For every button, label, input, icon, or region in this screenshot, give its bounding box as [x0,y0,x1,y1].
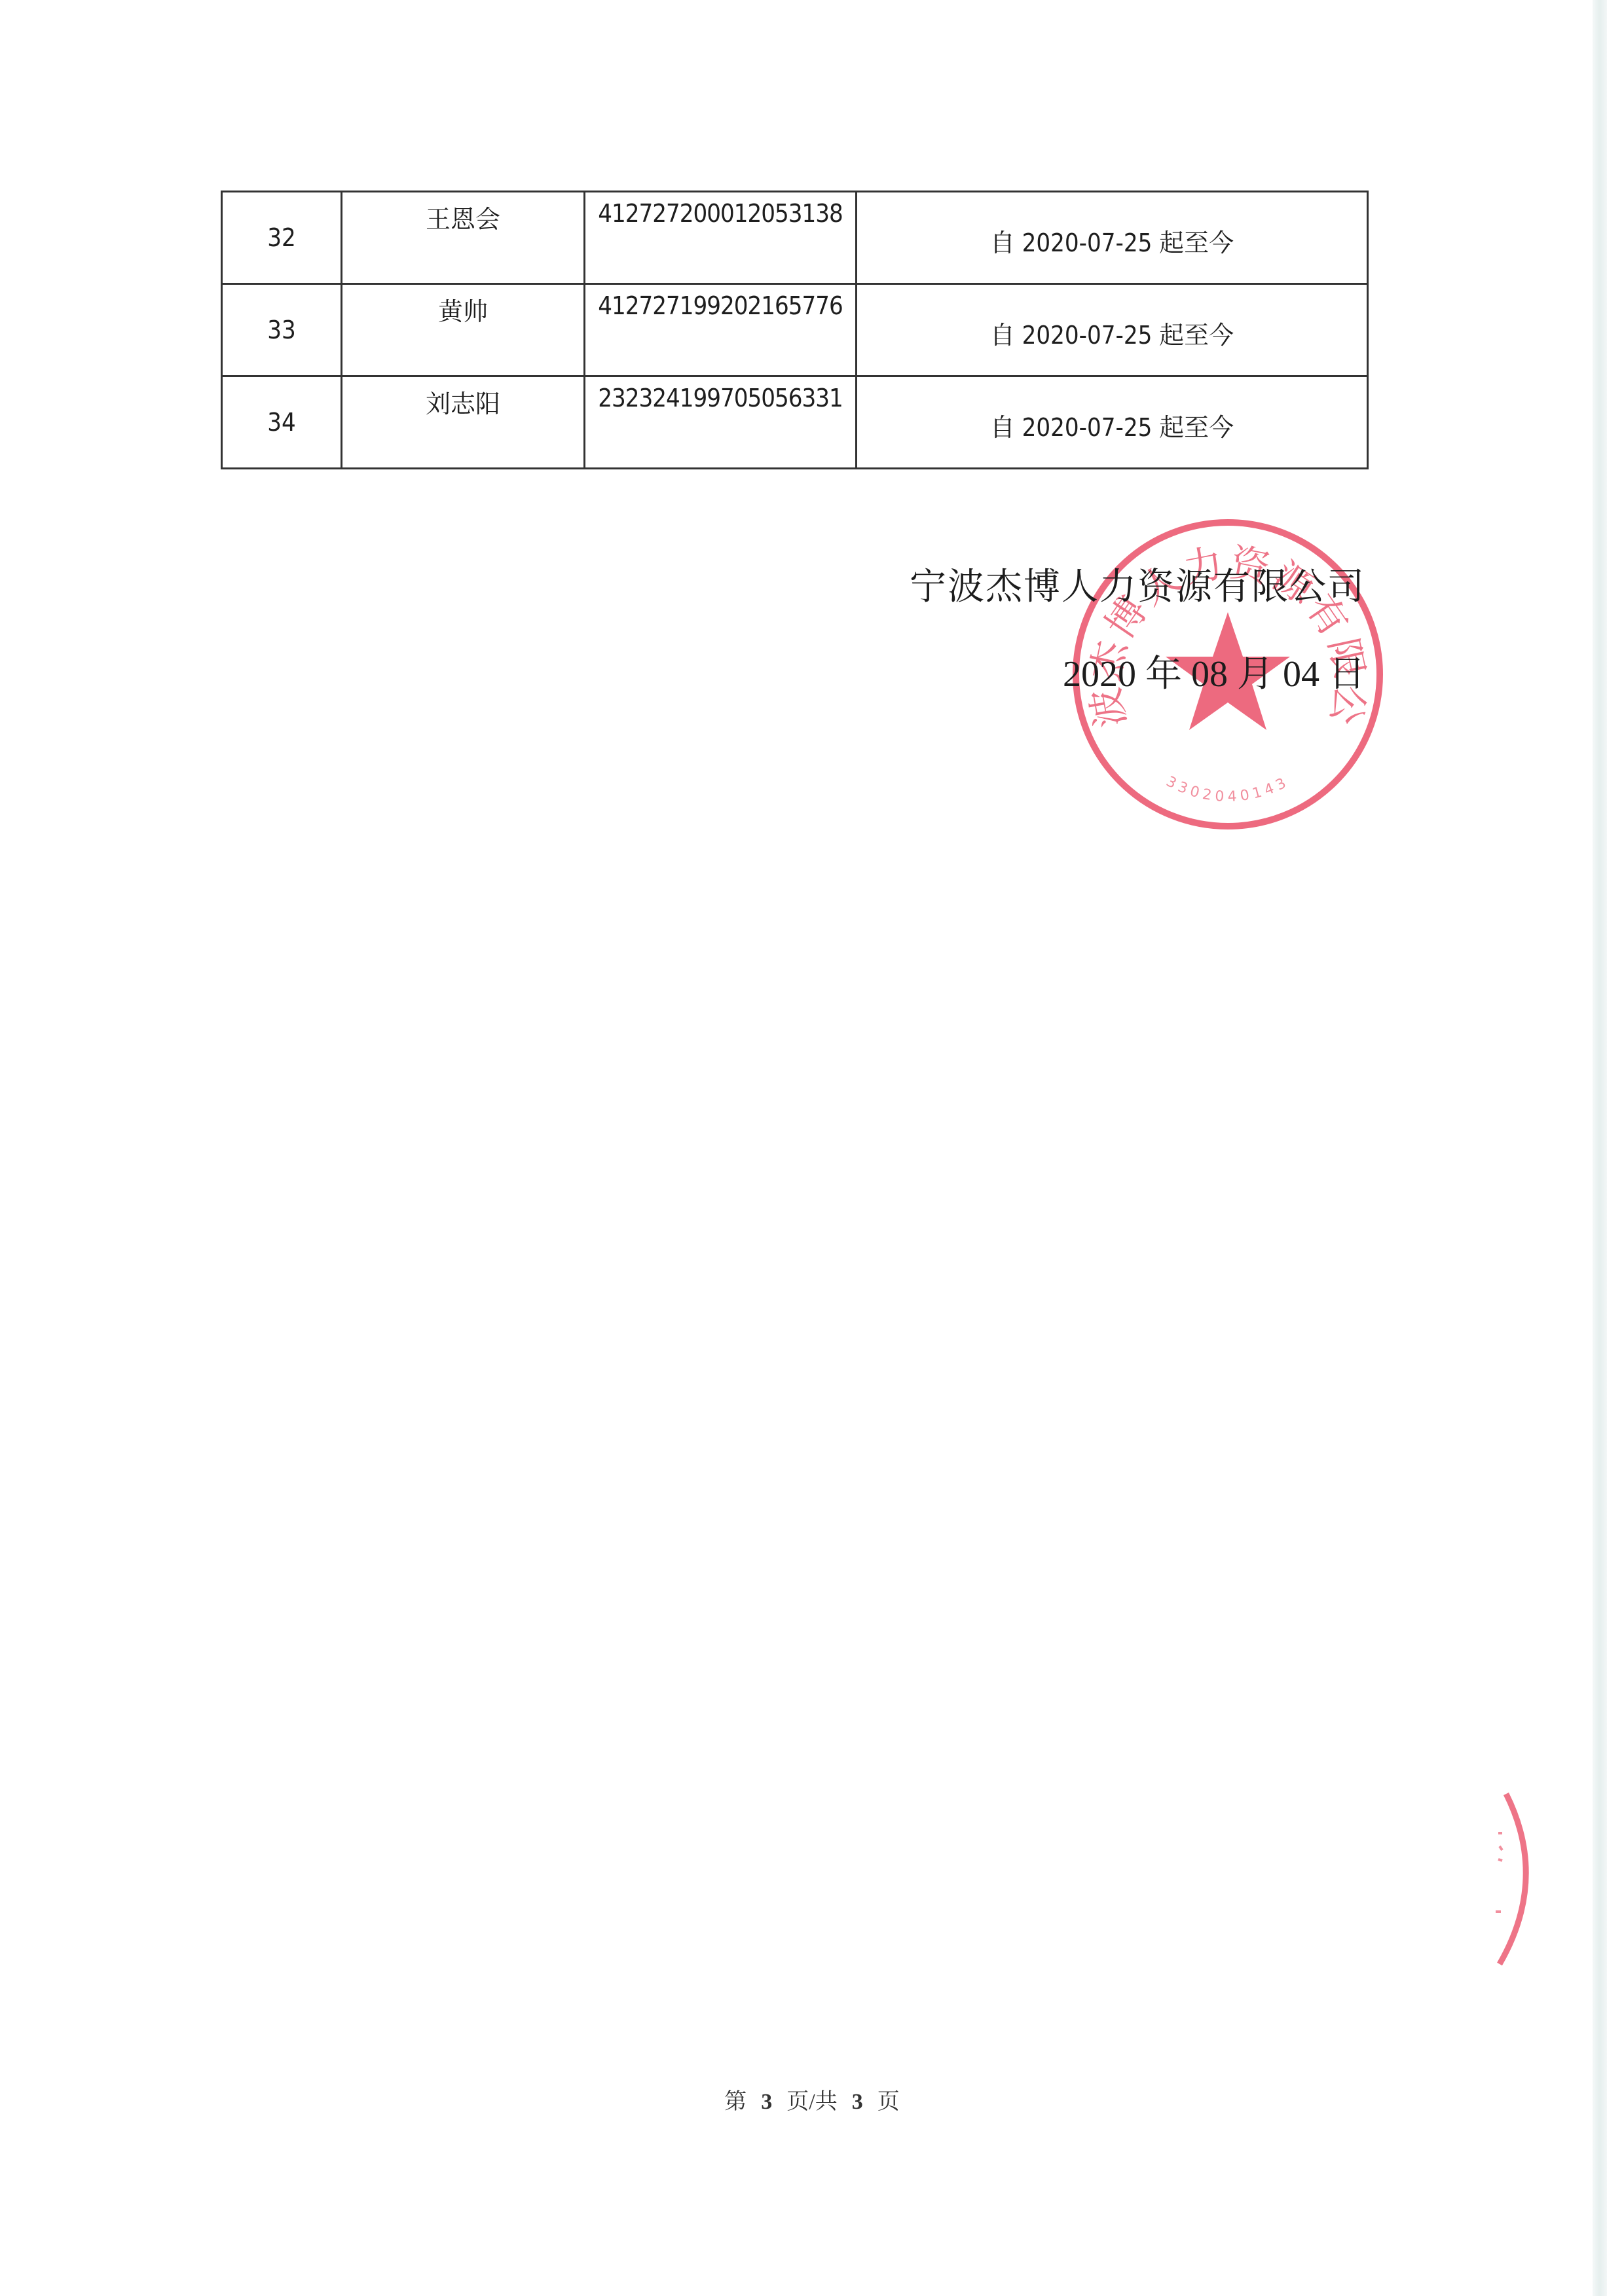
employment-period: 自 2020-07-25 起至今 [857,192,1368,284]
employment-period: 自 2020-07-25 起至今 [857,284,1368,376]
id-number: 412727200012053138 [585,192,857,284]
svg-text:3302040143: 3302040143 [1164,773,1293,805]
row-index: 32 [222,192,342,284]
signing-date: 2020 年 08 月 04 日 [1063,645,1365,697]
signing-company: 宁波杰博人力资源有限公司 [910,558,1365,610]
table-row: 34 刘志阳 232324199705056331 自 2020-07-25 起… [222,376,1368,469]
employment-period: 自 2020-07-25 起至今 [857,376,1368,469]
id-number: 412727199202165776 [585,284,857,376]
employee-table: 32 王恩会 412727200012053138 自 2020-07-25 起… [221,191,1369,469]
partial-seal-icon [1493,1787,1552,1971]
page-footer: 第3页/共3页 [0,2083,1624,2115]
table-row: 32 王恩会 412727200012053138 自 2020-07-25 起… [222,192,1368,284]
footer-middle: 页/共 [786,2090,837,2114]
footer-prefix: 第 [724,2090,747,2114]
row-index: 33 [222,284,342,376]
seal-serial: 3302040143 [1164,773,1293,805]
id-number: 232324199705056331 [585,376,857,469]
employee-name: 刘志阳 [342,376,585,469]
row-index: 34 [222,376,342,469]
footer-suffix: 页 [877,2090,900,2114]
table-row: 33 黄帅 412727199202165776 自 2020-07-25 起至… [222,284,1368,376]
total-pages-number: 3 [852,2090,863,2114]
employee-name: 王恩会 [342,192,585,284]
employee-name: 黄帅 [342,284,585,376]
current-page-number: 3 [761,2090,772,2114]
scan-edge-artifact [1593,0,1607,2296]
